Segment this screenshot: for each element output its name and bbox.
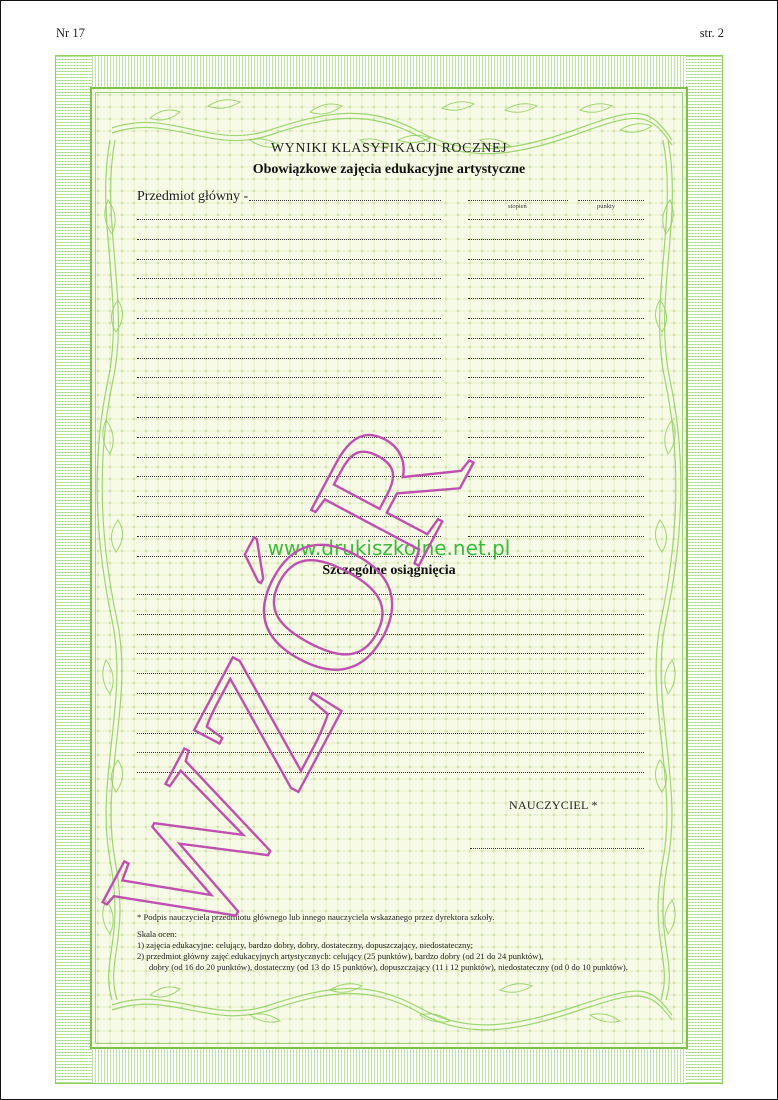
achievement-row-field[interactable] xyxy=(137,673,644,674)
subject-grade-field[interactable] xyxy=(468,219,644,220)
achievement-row-field[interactable] xyxy=(137,752,644,753)
teacher-signature-label: NAUCZYCIEL * xyxy=(509,798,598,813)
achievement-row-field[interactable] xyxy=(137,634,644,635)
subject-row-field[interactable] xyxy=(137,476,441,477)
achievements-heading: Szczególne osiągnięcia xyxy=(0,563,778,579)
subject-row-field[interactable] xyxy=(137,496,441,497)
points-caption: punkty xyxy=(597,203,615,210)
subject-row-field[interactable] xyxy=(137,259,441,260)
achievement-row-field[interactable] xyxy=(137,693,644,694)
subject-row-field[interactable] xyxy=(137,298,441,299)
subject-grade-field[interactable] xyxy=(468,318,644,319)
achievement-row-field[interactable] xyxy=(137,733,644,734)
subject-grade-field[interactable] xyxy=(468,298,644,299)
subject-row-field[interactable] xyxy=(137,219,441,220)
achievement-row-field[interactable] xyxy=(137,713,644,714)
subject-row-field[interactable] xyxy=(137,239,441,240)
signature-field[interactable] xyxy=(470,848,644,849)
achievement-row-field[interactable] xyxy=(137,653,644,654)
achievement-row-field[interactable] xyxy=(137,772,644,773)
scale-item-2-cont: dobry (od 16 do 20 punktów), dostateczny… xyxy=(149,962,628,972)
website-watermark: www.drukiszkolne.net.pl xyxy=(0,536,778,560)
main-subject-field[interactable] xyxy=(249,200,441,201)
subject-grade-field[interactable] xyxy=(468,457,644,458)
scale-item-1: 1) zajęcia edukacyjne: celujący, bardzo … xyxy=(137,940,473,950)
subject-grade-field[interactable] xyxy=(468,338,644,339)
form-number: Nr 17 xyxy=(56,26,85,41)
achievement-row-field[interactable] xyxy=(137,614,644,615)
subject-row-field[interactable] xyxy=(137,318,441,319)
subject-grade-field[interactable] xyxy=(468,397,644,398)
subject-row-field[interactable] xyxy=(137,278,441,279)
subject-grade-field[interactable] xyxy=(468,358,644,359)
points-field[interactable] xyxy=(578,200,644,201)
subject-grade-field[interactable] xyxy=(468,496,644,497)
form-title: WYNIKI KLASYFIKACJI ROCZNEJ xyxy=(0,141,778,157)
subject-row-field[interactable] xyxy=(137,516,441,517)
subject-grade-field[interactable] xyxy=(468,516,644,517)
achievement-row-field[interactable] xyxy=(137,594,644,595)
form-subtitle: Obowiązkowe zajęcia edukacyjne artystycz… xyxy=(0,162,778,178)
subject-grade-field[interactable] xyxy=(468,417,644,418)
scale-item-2: 2) przedmiot główny zajęć edukacyjnych a… xyxy=(137,951,543,961)
subject-grade-field[interactable] xyxy=(468,259,644,260)
grade-caption: stopień xyxy=(508,203,527,210)
subject-grade-field[interactable] xyxy=(468,437,644,438)
subject-grade-field[interactable] xyxy=(468,239,644,240)
main-subject-label: Przedmiot główny - xyxy=(137,189,248,205)
subject-row-field[interactable] xyxy=(137,417,441,418)
subject-grade-field[interactable] xyxy=(468,278,644,279)
page-number: str. 2 xyxy=(700,26,724,41)
subject-row-field[interactable] xyxy=(137,377,441,378)
grade-field[interactable] xyxy=(468,200,568,201)
subject-row-field[interactable] xyxy=(137,358,441,359)
subject-grade-field[interactable] xyxy=(468,476,644,477)
subject-grade-field[interactable] xyxy=(468,377,644,378)
subject-row-field[interactable] xyxy=(137,457,441,458)
scale-heading: Skala ocen: xyxy=(137,929,177,939)
subject-row-field[interactable] xyxy=(137,437,441,438)
signature-footnote: * Podpis nauczyciela przedmiotu głównego… xyxy=(137,912,494,922)
subject-row-field[interactable] xyxy=(137,338,441,339)
subject-row-field[interactable] xyxy=(137,397,441,398)
